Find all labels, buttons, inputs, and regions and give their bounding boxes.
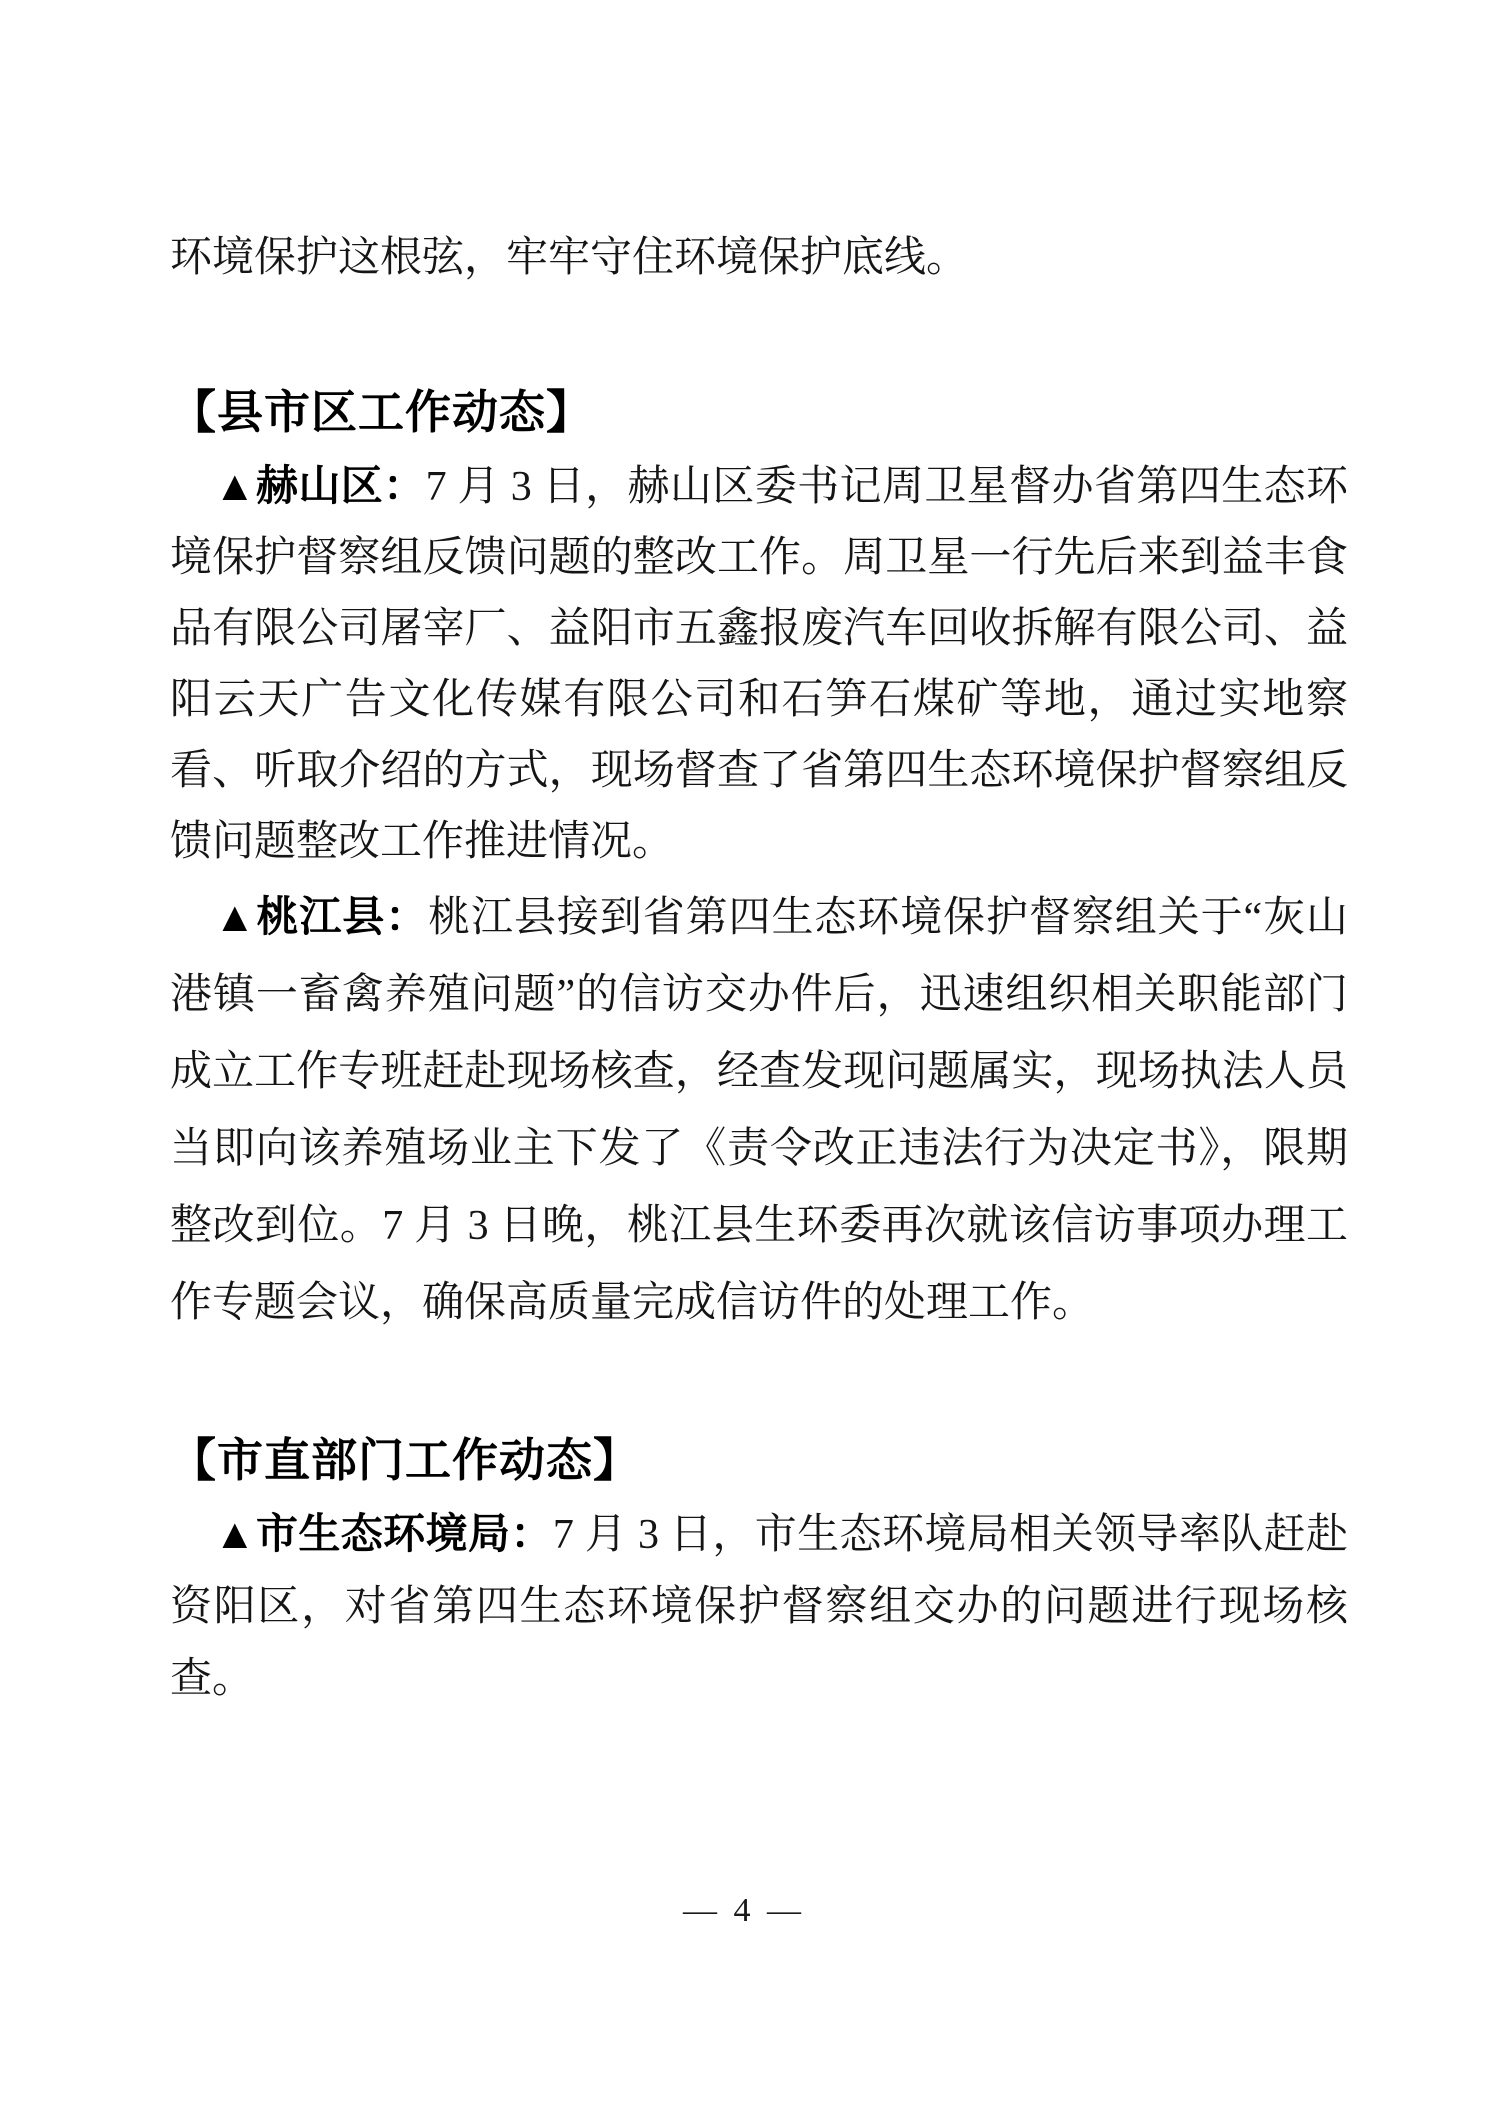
- document-content: 环境保护这根弦，牢牢守住环境保护底线。 【县市区工作动态】 ▲赫山区：7 月 3…: [0, 0, 1488, 1715]
- paragraph-lead-label: ▲桃江县：: [214, 893, 428, 940]
- paragraph-ecology-environment-bureau: ▲市生态环境局：7 月 3 日，市生态环境局相关领导率队赶赴资阳区，对省第四生态…: [170, 1498, 1348, 1715]
- paragraph-body-text: 桃江县接到省第四生态环境保护督察组关于“灰山港镇一畜禽养殖问题”的信访交办件后，…: [170, 895, 1348, 1326]
- paragraph-taojiang-county: ▲桃江县：桃江县接到省第四生态环境保护督察组关于“灰山港镇一畜禽养殖问题”的信访…: [170, 878, 1348, 1342]
- section-heading-municipal-departments: 【市直部门工作动态】: [170, 1430, 1348, 1490]
- continued-paragraph-line: 环境保护这根弦，牢牢守住环境保护底线。: [170, 222, 1348, 294]
- paragraph-lead-label: ▲市生态环境局：: [214, 1510, 553, 1557]
- paragraph-heshan-district: ▲赫山区：7 月 3 日，赫山区委书记周卫星督办省第四生态环境保护督察组反馈问题…: [170, 450, 1348, 878]
- paragraph-lead-label: ▲赫山区：: [214, 462, 426, 509]
- page-number: — 4 —: [0, 1889, 1488, 1933]
- section-heading-county-districts: 【县市区工作动态】: [170, 382, 1348, 442]
- document-page: 环境保护这根弦，牢牢守住环境保护底线。 【县市区工作动态】 ▲赫山区：7 月 3…: [0, 0, 1488, 2104]
- paragraph-body-text: 7 月 3 日，赫山区委书记周卫星督办省第四生态环境保护督察组反馈问题的整改工作…: [170, 464, 1348, 865]
